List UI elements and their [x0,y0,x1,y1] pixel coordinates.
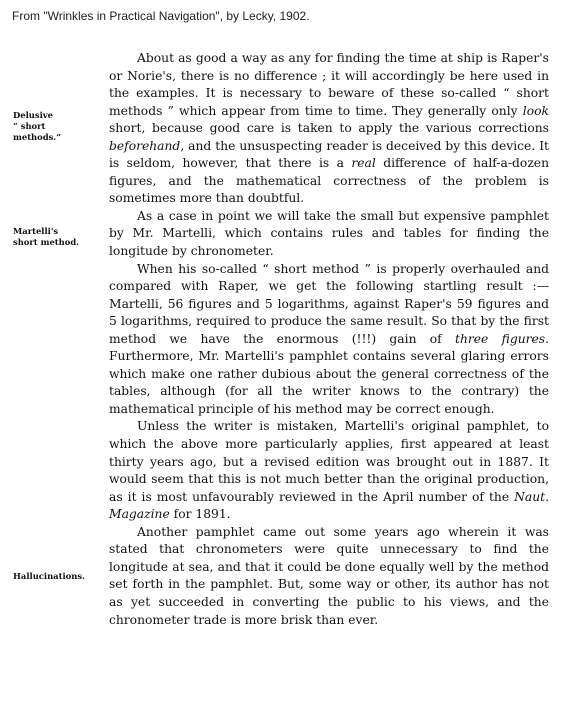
paragraph-revised-edition: Unless the writer is mistaken, Martelli'… [109,418,549,523]
body-text: About as good a way as any for finding t… [109,50,549,629]
margin-note-line: Martelli's [13,226,79,237]
margin-note-line: Delusive [13,110,61,121]
margin-note-line: Hallucinations. [13,571,85,582]
emphasis: look [523,104,549,118]
paragraph-martelli-pamphlet: As a case in point we will take the smal… [109,208,549,261]
paragraph-short-methods: About as good a way as any for finding t… [109,50,549,208]
margin-note-line: “ short [13,121,61,132]
emphasis: beforehand [109,139,180,153]
margin-note-martellis-short-method: Martelli's short method. [13,226,79,248]
paragraph-hallucinations: Another pamphlet came out some years ago… [109,524,549,629]
emphasis: three figures [455,332,545,346]
margin-note-line: short method. [13,237,79,248]
paragraph-comparison-result: When his so-called “ short method ” is p… [109,261,549,419]
emphasis: real [351,156,375,170]
margin-note-delusive-short-methods: Delusive “ short methods.” [13,110,61,143]
margin-note-line: methods.” [13,132,61,143]
margin-note-hallucinations: Hallucinations. [13,571,85,582]
source-caption: From "Wrinkles in Practical Navigation",… [12,9,310,23]
